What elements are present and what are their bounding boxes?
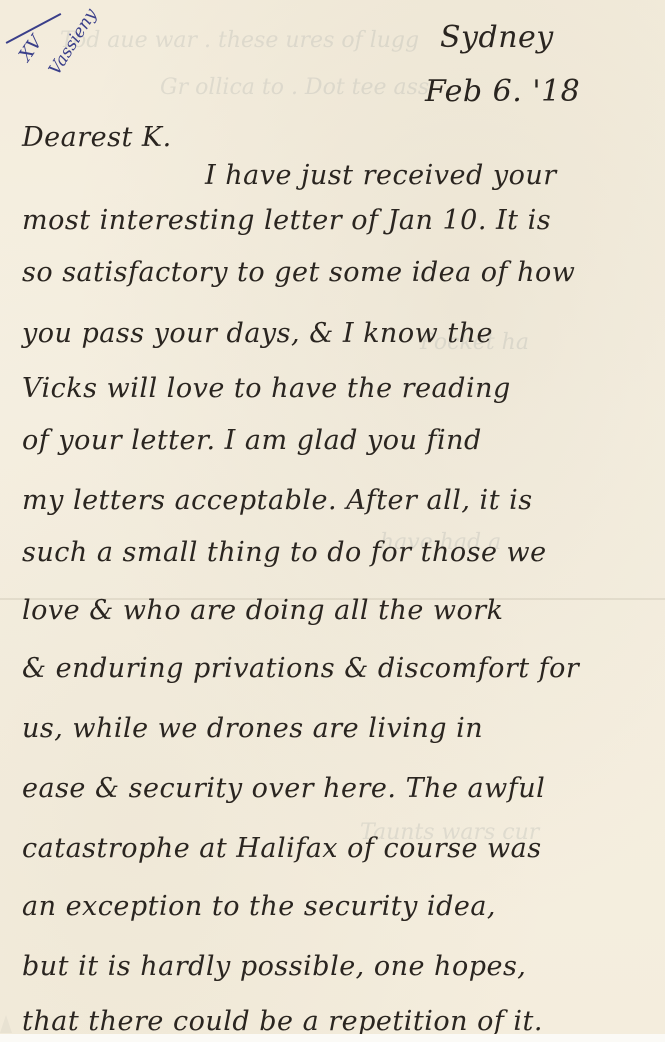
body-line: us, while we drones are living in (22, 713, 483, 744)
body-line: most interesting letter of Jan 10. It is (22, 205, 551, 236)
bleed-through-text: Gr ollica to . Dot tee ass (160, 75, 429, 100)
body-line: ease & security over here. The awful (22, 773, 545, 804)
body-line: my letters acceptable. After all, it is (22, 485, 533, 516)
body-line: Vicks will love to have the reading (22, 373, 511, 404)
body-line: such a small thing to do for those we (22, 537, 547, 568)
body-line: you pass your days, & I know the (22, 318, 493, 349)
letter-date: Feb 6. '18 (425, 74, 580, 109)
body-line: that there could be a repetition of it. (22, 1006, 543, 1034)
letter-page: Tod aue war . these ures of lugg Gr olli… (0, 0, 665, 1034)
torn-corner (0, 1015, 12, 1033)
body-line: so satisfactory to get some idea of how (22, 257, 575, 288)
body-line: I have just received your (205, 160, 557, 191)
body-line: catastrophe at Halifax of course was (22, 833, 542, 864)
body-line: but it is hardly possible, one hopes, (22, 951, 526, 982)
salutation: Dearest K. (22, 122, 172, 153)
body-line: of your letter. I am glad you find (22, 425, 482, 456)
letter-place: Sydney (440, 20, 554, 55)
body-line: an exception to the security idea, (22, 891, 496, 922)
body-line: & enduring privations & discomfort for (22, 653, 579, 684)
archival-number: XV (15, 32, 47, 65)
body-line: love & who are doing all the work (22, 595, 504, 626)
bleed-through-text: Tod aue war . these ures of lugg (60, 28, 419, 53)
